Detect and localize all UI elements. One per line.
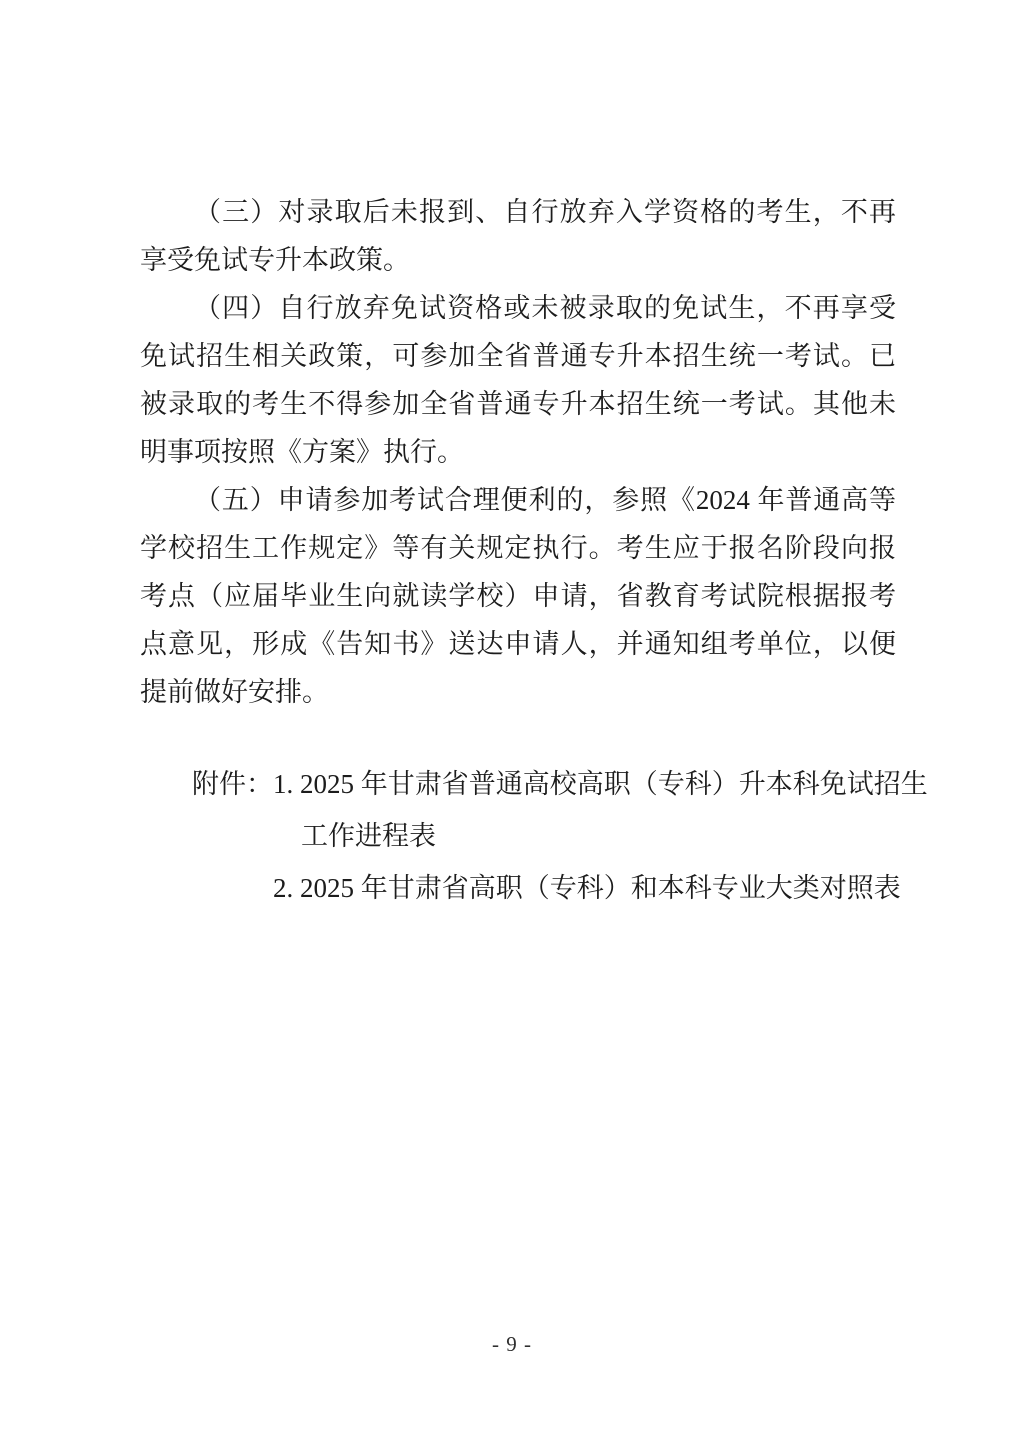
attachment-line: 附件：1. 2025 年甘肃省普通高校高职（专科）升本科免试招生 <box>140 758 1010 810</box>
body-line: 享受免试专升本政策。 <box>140 236 896 284</box>
body-line: 点意见，形成《告知书》送达申请人，并通知组考单位，以便 <box>140 620 896 668</box>
body-line: 被录取的考生不得参加全省普通专升本招生统一考试。其他未 <box>140 380 896 428</box>
body-line: 提前做好安排。 <box>140 668 896 716</box>
attachments-section: 附件：1. 2025 年甘肃省普通高校高职（专科）升本科免试招生 工作进程表 2… <box>140 758 1010 914</box>
page-number: - 9 - <box>0 1332 1024 1357</box>
body-line: （五）申请参加考试合理便利的，参照《2024 年普通高等 <box>140 476 896 524</box>
document-page: （三）对录取后未报到、自行放弃入学资格的考生，不再 享受免试专升本政策。 （四）… <box>0 0 1024 1448</box>
body-line: （三）对录取后未报到、自行放弃入学资格的考生，不再 <box>140 188 896 236</box>
attachment-line: 2. 2025 年甘肃省高职（专科）和本科专业大类对照表 <box>140 862 1010 914</box>
body-line: 明事项按照《方案》执行。 <box>140 428 896 476</box>
body-line: 考点（应届毕业生向就读学校）申请，省教育考试院根据报考 <box>140 572 896 620</box>
body-line: 学校招生工作规定》等有关规定执行。考生应于报名阶段向报 <box>140 524 896 572</box>
attachment-line: 工作进程表 <box>140 810 1010 862</box>
body-line: （四）自行放弃免试资格或未被录取的免试生，不再享受 <box>140 284 896 332</box>
body-line: 免试招生相关政策，可参加全省普通专升本招生统一考试。已 <box>140 332 896 380</box>
document-body: （三）对录取后未报到、自行放弃入学资格的考生，不再 享受免试专升本政策。 （四）… <box>140 188 896 716</box>
